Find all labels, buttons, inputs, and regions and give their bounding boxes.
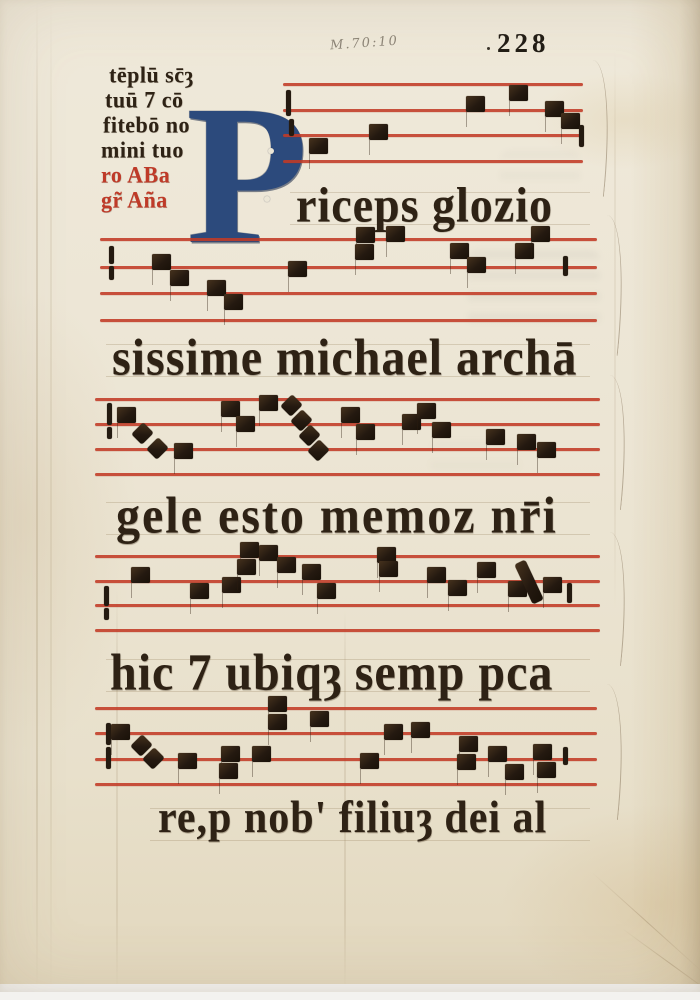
neume-square (111, 724, 130, 740)
backdrop-strip (0, 984, 700, 992)
neume-square (517, 434, 536, 450)
staff-end-flourish (593, 684, 632, 820)
neume-square (131, 567, 150, 583)
neume-square (543, 577, 562, 593)
neume-square (237, 559, 256, 575)
margin-text-line: fitebō no (103, 113, 190, 136)
staff-red-line (95, 707, 597, 710)
margin-text-line: mini tuo (101, 138, 184, 161)
neume-square (117, 407, 136, 423)
staff-red-line (100, 292, 597, 295)
neume-square (259, 395, 278, 411)
neume-square (178, 753, 197, 769)
chant-lyric-line: hic 7 ubiqȝ semp pca (110, 643, 553, 702)
neume-square (174, 443, 193, 459)
staff-red-line (95, 629, 600, 632)
rubric-text-line: gr̃ Aña (101, 188, 168, 211)
neume-square (259, 545, 278, 561)
neume-square (411, 722, 430, 738)
neume-clef-dash (109, 246, 114, 264)
neume-clef-dash (567, 583, 572, 603)
neume-square (459, 736, 478, 752)
neume-square (341, 407, 360, 423)
neume-clef-dash (289, 119, 294, 136)
neume-square (457, 754, 476, 770)
staff-end-flourish (596, 532, 635, 666)
staff-red-line (283, 160, 583, 163)
staff-red-line (283, 109, 583, 112)
neume-square (505, 764, 524, 780)
initial-ornament-dot (264, 196, 270, 202)
neume-square (488, 746, 507, 762)
neume-diamond (131, 422, 153, 444)
neume-square (268, 714, 287, 730)
staff-red-line (283, 83, 583, 86)
neume-square (427, 567, 446, 583)
neume-square (268, 696, 287, 712)
neume-square (450, 243, 469, 259)
neume-square (152, 254, 171, 270)
chant-lyric-line: riceps glozio (296, 176, 553, 233)
fold-crease (36, 0, 38, 992)
chant-lyric-line: gele esto memoz nr̄i (116, 486, 558, 545)
neume-square (467, 257, 486, 273)
staff-red-line (283, 134, 583, 137)
neume-square (384, 724, 403, 740)
staff-red-line (95, 758, 597, 761)
staff-end-flourish (596, 375, 635, 510)
neume-square (190, 583, 209, 599)
neume-clef-dash (286, 90, 291, 116)
chant-lyric-line: sissime michael archā (112, 328, 577, 387)
margin-text-line: tuū 7 cō (105, 88, 184, 111)
pencil-shelfmark: M.70:10 (330, 34, 400, 54)
neume-square (360, 753, 379, 769)
neume-clef-dash (104, 586, 109, 606)
neume-diamond (146, 437, 168, 459)
neume-square (221, 746, 240, 762)
neume-square (448, 580, 467, 596)
neume-square (533, 744, 552, 760)
neume-clef-dash (107, 403, 112, 425)
neume-square (219, 763, 238, 779)
margin-text-line: tēplū sc̄ȝ (109, 63, 193, 86)
neume-square (277, 557, 296, 573)
bleedthrough-smudge (430, 440, 520, 474)
chant-lyric-line: re,p nob' filiuȝ dei al (158, 792, 547, 844)
neume-square (317, 583, 336, 599)
neume-square (537, 442, 556, 458)
fold-crease (50, 0, 52, 992)
staff-end-flourish (579, 60, 618, 197)
staff-red-line (95, 604, 600, 607)
neume-square (379, 561, 398, 577)
neume-square (221, 401, 240, 417)
neume-square (509, 85, 528, 101)
neume-clef-dash (563, 256, 568, 276)
rubric-text-line: ro ABa (101, 163, 170, 186)
staff-red-line (95, 473, 600, 476)
neume-square (310, 711, 329, 727)
neume-square (222, 577, 241, 593)
neume-square (224, 294, 243, 310)
staff-red-line (95, 423, 600, 426)
folio-number: 228 (497, 28, 550, 59)
neume-square (309, 138, 328, 154)
staff-red-line (95, 398, 600, 401)
neume-square (288, 261, 307, 277)
neume-square (477, 562, 496, 578)
neume-square (386, 226, 405, 242)
neume-clef-dash (109, 266, 114, 280)
neume-square (417, 403, 436, 419)
manuscript-page: M.70:10 228 P tēplū sc̄ȝtuū 7 cōfitebō n… (0, 0, 700, 992)
neume-square (236, 416, 255, 432)
neume-square (561, 113, 580, 129)
neume-square (466, 96, 485, 112)
initial-ornament-dot (268, 148, 274, 154)
neume-square (252, 746, 271, 762)
neume-clef-dash (563, 747, 568, 765)
neume-square (170, 270, 189, 286)
neume-square (302, 564, 321, 580)
neume-square (356, 227, 375, 243)
staff-red-line (100, 266, 597, 269)
corner-crease (592, 872, 700, 973)
staff-red-line (95, 732, 597, 735)
neume-square (240, 542, 259, 558)
staff-red-line (95, 783, 597, 786)
neume-square (356, 424, 375, 440)
neume-square (432, 422, 451, 438)
neume-clef-dash (579, 125, 584, 147)
neume-clef-dash (104, 608, 109, 620)
staff-red-line (100, 319, 597, 322)
neume-square (355, 244, 374, 260)
neume-square (531, 226, 550, 242)
staff-red-line (95, 555, 600, 558)
staff-red-line (100, 238, 597, 241)
neume-square (486, 429, 505, 445)
neume-square (369, 124, 388, 140)
neume-clef-dash (107, 427, 112, 439)
neume-square (207, 280, 226, 296)
neume-square (537, 762, 556, 778)
